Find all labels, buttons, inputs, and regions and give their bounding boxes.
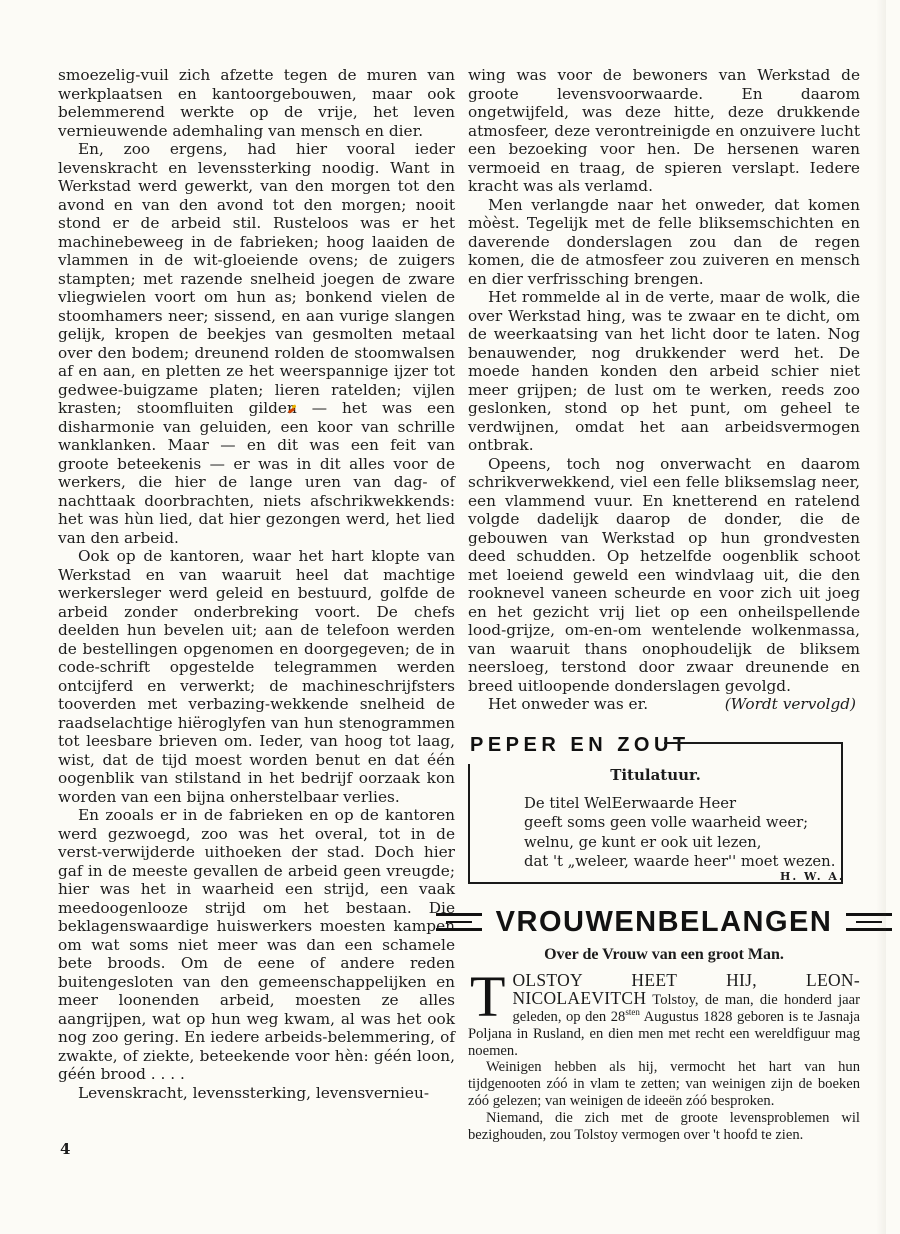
article-body: TOLSTOY HEET HIJ, LEON-NICOLAEVITCH Tols… [468,972,860,1144]
ornament-bar [846,928,892,931]
closing-line-row: Het onweder was er. (Wordt vervolgd) [468,695,860,714]
ornament-bar [436,913,482,916]
continuation-note: (Wordt vervolgd) [725,695,860,714]
box-border-right [841,742,843,884]
triple-rule-ornament-left [436,913,482,931]
poem-line: welnu, ge kunt er ook uit lezen, [524,833,835,853]
article-paragraph: Niemand, die zich met de groote levenspr… [468,1110,860,1144]
poem: De titel WelEerwaarde Heer geeft soms ge… [524,794,835,872]
poem-title: Titulatuur. [468,766,843,784]
ornament-bar [846,913,892,916]
poem-line: De titel WelEerwaarde Heer [524,794,835,814]
left-column: smoezelig-vuil zich afzette tegen de mur… [58,66,455,1102]
body-paragraph: Opeens, toch nog onverwacht en daarom sc… [468,455,860,696]
body-paragraph: Ook op de kantoren, waar het hart klopte… [58,547,455,806]
box-border-top [664,742,843,744]
article-paragraph-dropcap: TOLSTOY HEET HIJ, LEON-NICOLAEVITCH Tols… [468,972,860,1060]
body-paragraph: smoezelig-vuil zich afzette tegen de mur… [58,66,455,140]
body-paragraph: wing was voor de bewoners van Werkstad d… [468,66,860,196]
body-paragraph: En zooals er in de fabrieken en op de ka… [58,806,455,1084]
body-paragraph: En, zoo ergens, had hier vooral ieder le… [58,140,455,547]
body-paragraph: Levenskracht, levenssterking, levensvern… [58,1084,455,1103]
drop-cap: T [468,972,512,1019]
poem-line: geeft soms geen volle waarheid weer; [524,813,835,833]
ornament-bar [436,928,482,931]
article-subtitle: Over de Vrouw van een groot Man. [468,946,860,964]
body-paragraph: Men verlangde naar het onweder, dat kome… [468,196,860,289]
ornament-bar [856,921,882,924]
right-column: wing was voor de bewoners van Werkstad d… [468,66,860,1143]
peper-en-zout-section: PEPER EN ZOUT Titulatuur. De titel WelEe… [468,738,860,888]
top-double-rule [60,40,868,47]
vrouwenbelangen-header: VROUWENBELANGEN [468,906,860,939]
section-title-vrouwenbelangen: VROUWENBELANGEN [496,906,833,939]
closing-line: Het onweder was er. [468,695,648,714]
ornament-bar [446,921,472,924]
poem-author-initials: H. W. A. [780,870,845,883]
article-paragraph: Weinigen hebben als hij, vermocht het ha… [468,1059,860,1109]
magazine-page-scan: smoezelig-vuil zich afzette tegen de mur… [0,0,900,1234]
ordinal-superscript: sten [625,1007,640,1017]
triple-rule-ornament-right [846,913,892,931]
section-title-peper-en-zout: PEPER EN ZOUT [470,734,690,757]
body-paragraph: Het rommelde al in de verte, maar de wol… [468,288,860,455]
page-number: 4 [60,1140,70,1158]
